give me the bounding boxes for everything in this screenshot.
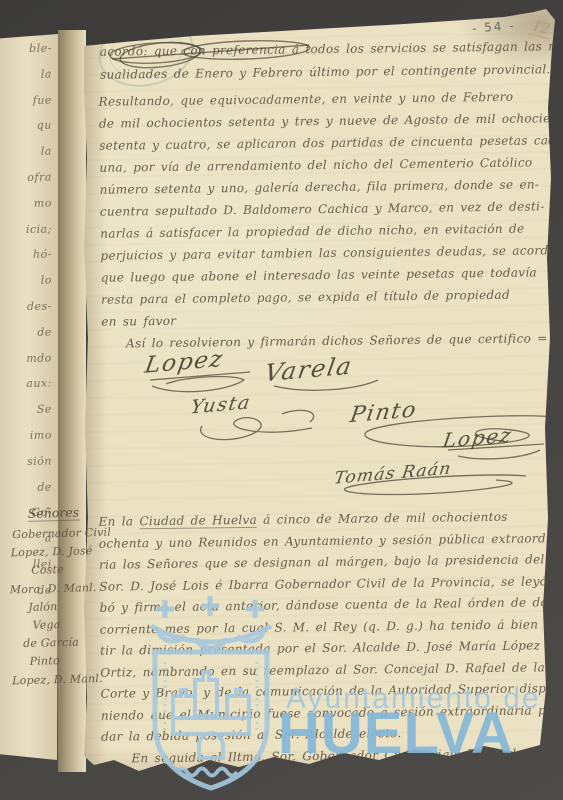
emendation-scribble-icon [104,35,319,71]
archive-scan: ble-lafuequlaoframoicia;hó-lodes-demdoau… [0,0,563,800]
text-part: á cinco de Marzo de mil ochocientos [257,510,508,527]
page-fragment: qu [0,119,52,146]
page-fragment: des- [0,300,52,327]
page-fragment: ofra [0,171,52,198]
margin-heading: Señores [28,505,80,522]
folio-number-ink: 12 [528,18,553,40]
margin-attendee-name: Lopez, D. Manl. [12,671,116,692]
text-line-last: En seguida el Iltmo. Sor. Gobernador Civ… [101,746,551,773]
page-fragment: ble- [0,42,52,69]
page-fragment: mo [0,196,52,223]
manuscript-page: - 54 - 12 acordó: que con preferencia á … [84,8,555,780]
session-paragraph: En la Ciudad de Huelva á cinco de Marzo … [98,509,551,772]
page-fragment: aux: [0,377,52,404]
margin-attendee-list: Gobernador CivilLopez, D. JoséCosteMora,… [8,526,116,692]
session-lines: ochenta y uno Reunidos en Ayuntamiento y… [99,531,552,751]
page-fragment: hó- [0,248,52,275]
page-fragment: de [0,325,52,352]
signature-lopez-1: Lopez [146,348,256,396]
margin-attendees: Señores Gobernador CivilLopez, D. JoséCo… [8,504,117,692]
page-fragment: imo [0,429,52,456]
page-fragment: la [0,145,52,172]
text-line: dar la debida posesión al Sor. Alcalde e… [101,724,551,751]
page-fragment: lo [0,274,52,301]
page-fragment: Se [0,403,52,430]
resolution-paragraph: Resultando, que equivocadamente, en vein… [99,89,552,336]
page-fragment: sión [0,454,52,481]
page-fragment: de [0,480,52,507]
underlined-place-name: Ciudad de Huelva [139,513,257,529]
page-fragment: fue [0,93,52,120]
page-fragment: la [0,67,52,94]
page-fragment: mdo [0,351,52,378]
folio-number-pencil: - 54 - [472,18,516,35]
page-fragment: icia; [0,222,52,249]
signature-yusta: Yusta [192,390,342,446]
signature-tomas-raan: Tomás Raán [336,460,536,500]
